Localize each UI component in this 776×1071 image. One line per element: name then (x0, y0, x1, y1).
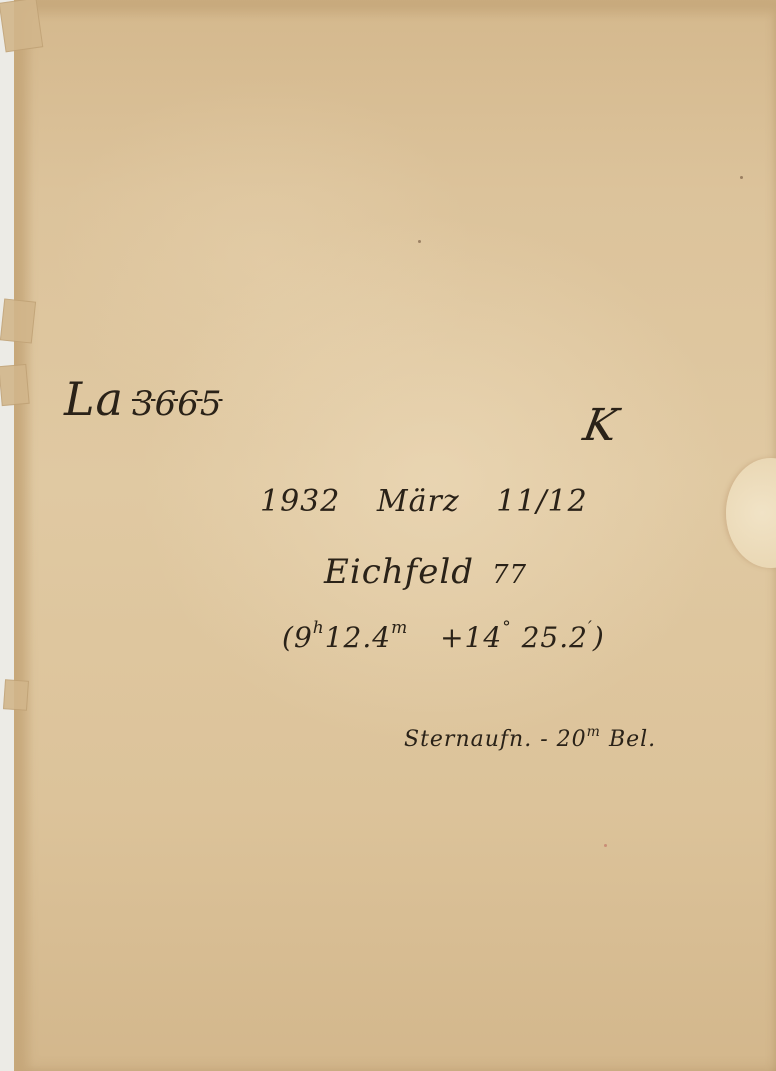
location-number: 77 (492, 560, 527, 590)
scanned-document: La3665 K 1932 März 11/12 Eichfeld77 (9h1… (0, 0, 776, 1071)
exposure-label: Sternaufn. (404, 727, 532, 752)
torn-flap-left-2 (0, 364, 30, 406)
location-name: Eichfeld (324, 552, 474, 592)
observation-location: Eichfeld77 (324, 552, 527, 592)
dec-degrees: +14 (440, 621, 502, 654)
date-days: 11/12 (496, 484, 587, 519)
catalog-prefix: La (64, 372, 124, 426)
paper-speck (418, 240, 421, 243)
torn-flap-top-left (0, 0, 43, 52)
date-month: März (377, 484, 460, 519)
catalog-number-value: 3665 (132, 384, 223, 424)
exposure-duration-unit: m (587, 724, 601, 740)
dec-degrees-unit: ° (502, 618, 512, 638)
dec-minutes: 25.2 (522, 621, 588, 654)
torn-flap-left-1 (0, 298, 36, 343)
left-fold-edge (14, 0, 34, 1071)
exposure-separator: - (540, 727, 548, 752)
open-paren: ( (282, 621, 294, 654)
torn-flap-left-3 (3, 679, 29, 711)
paper-speck (740, 176, 743, 179)
sky-coordinates: (9h12.4m +14° 25.2′) (282, 618, 605, 654)
ra-hours: 9 (294, 621, 313, 654)
exposure-suffix: Bel. (609, 727, 656, 752)
catalog-number: La3665 (64, 372, 223, 426)
envelope-paper (14, 0, 776, 1071)
exposure-duration: 20 (557, 727, 587, 752)
ra-hours-unit: h (313, 618, 325, 638)
exposure-note: Sternaufn. - 20m Bel. (404, 724, 656, 752)
date-year: 1932 (260, 484, 340, 519)
ra-minutes-unit: m (391, 618, 408, 638)
observation-date: 1932 März 11/12 (260, 484, 614, 519)
top-fold-edge (14, 0, 776, 22)
ra-minutes: 12.4 (325, 621, 391, 654)
close-paren: ) (593, 621, 605, 654)
paper-speck (604, 844, 607, 847)
